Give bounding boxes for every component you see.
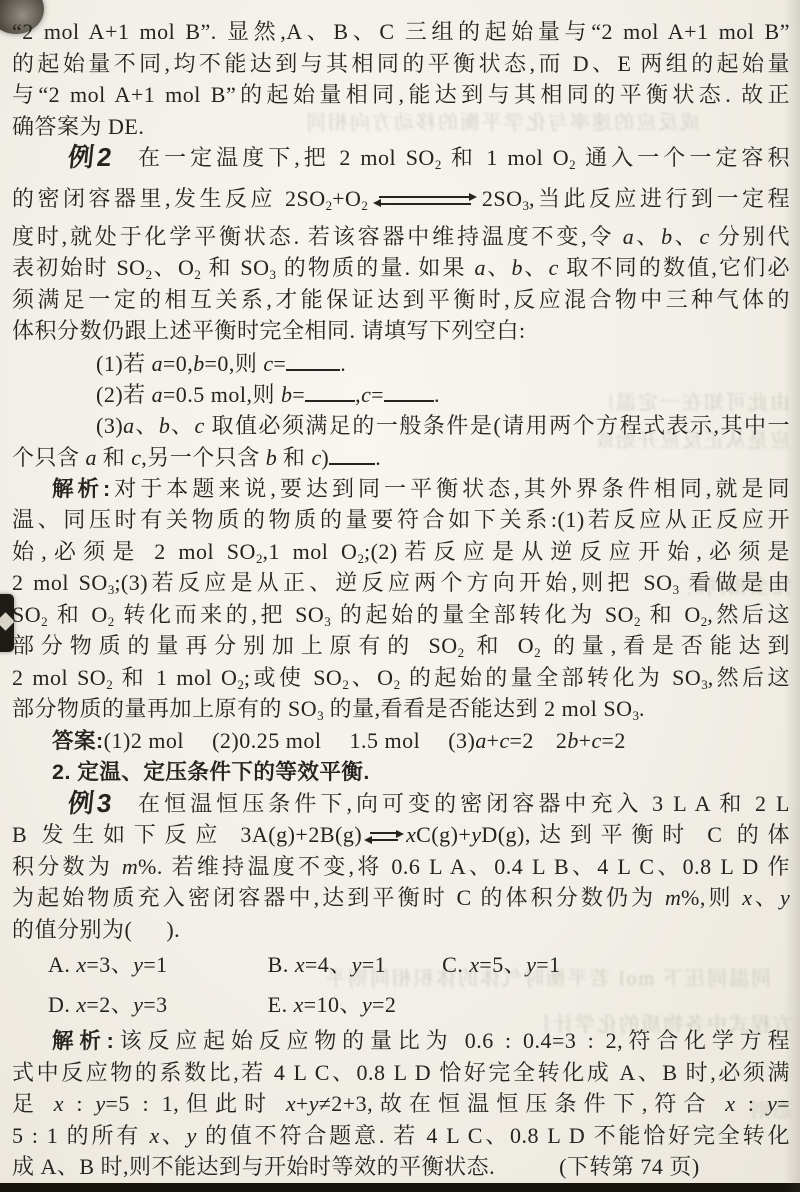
equilibrium-arrow-with-catalyst: 催化剂 [370, 174, 480, 221]
text-segment: b [193, 351, 204, 376]
text-segment: x [469, 952, 479, 977]
text-segment: x [725, 1091, 735, 1116]
text-segment: c [361, 382, 371, 407]
text-segment: 2 [534, 645, 541, 660]
text-segment: 2 [357, 551, 364, 566]
text-line-27: 积分数为 m%. 若维持温度不变,将 0.6 L A、0.4 L B、4 L C… [12, 851, 790, 883]
text-segment: 2 [106, 677, 113, 692]
text-line-14: 个只含 a 和 c,另一个只含 b 和 c). [12, 441, 790, 473]
text-segment: y [352, 952, 362, 977]
text-line-8: 表初始时 SO2、O2 和 SO3 的物质的量. 如果 a、b、c 取不同的数值… [12, 252, 790, 284]
text-segment: 2 [146, 267, 153, 282]
text-segment: c [263, 351, 273, 376]
text-segment: 2 [326, 198, 333, 213]
text-line-31: D. x=2、y=3E. x=10、y=2 [12, 985, 790, 1025]
text-line-30: A. x=3、y=1B. x=4、y=1C. x=5、y=1 [12, 945, 790, 985]
text-segment: y [362, 992, 372, 1017]
blank-underline [286, 347, 340, 371]
text-line-22: 部分物质的量再加上原有的 SO3 的量,看看是否能达到 2 mol SO3. [12, 693, 790, 725]
text-line-9: 须满足一定的相互关系,才能保证达到平衡时,反应混合物中三种气体的 [12, 284, 790, 316]
text-segment: 2 [634, 614, 641, 629]
text-line-1: “2 mol A+1 mol B”. 显然,A、B、C 三组的起始量与“2 mo… [12, 16, 790, 48]
text-segment: y [309, 1091, 319, 1116]
text-segment: b [266, 445, 277, 470]
blank-underline [384, 378, 434, 402]
text-line-5: 例2在一定温度下,把 2 mol SO2 和 1 mol O2 通入一个一定容积 [12, 142, 790, 174]
text-segment: 2 [237, 677, 244, 692]
text-line-21: 2 mol SO2 和 1 mol O2;或使 SO2、O2 的起始的量全部转化… [12, 662, 790, 694]
text-segment: c [499, 728, 509, 753]
text-segment: x [76, 992, 86, 1017]
book-page: 成反应的速率与化学平衡的移动方向相同 由此可知在一定温度下反应达到 应是从正反应… [0, 0, 800, 1192]
text-segment: 3 [317, 708, 324, 723]
text-segment: 2 [361, 198, 368, 213]
equilibrium-arrow [364, 830, 404, 843]
text-line-25: 例3在恒温恒压条件下,向可变的密闭容器中充入 3 L A 和 2 L [12, 788, 790, 820]
text-segment: x [286, 1091, 296, 1116]
text-segment: a [152, 351, 163, 376]
text-segment: a [123, 413, 134, 438]
example-label: 例3 [66, 788, 116, 820]
text-segment: b [567, 728, 578, 753]
text-segment: 2 [41, 614, 48, 629]
text-line-26: B 发生如下反应 3A(g)+2B(g)xC(g)+yD(g),达到平衡时 C … [12, 819, 790, 851]
scan-artifact-bottom-bar [0, 1183, 800, 1192]
text-segment: y [526, 952, 536, 977]
text-segment: x [406, 822, 416, 847]
bold-text: 解析: [52, 1029, 114, 1053]
text-line-24: 2. 定温、定压条件下的等效平衡. [12, 756, 790, 788]
blank-underline [305, 378, 355, 402]
text-line-18: 2 mol SO3;(3)若反应是从正、逆反应两个方向开始,则把 SO3 看做是… [12, 567, 790, 599]
text-segment: a [474, 255, 485, 280]
text-segment: a [623, 224, 634, 249]
text-line-28: 为起始物质充入密闭容器中,达到平衡时 C 的体积分数仍为 m%,则 x、y [12, 882, 790, 914]
text-segment: 3 [523, 198, 530, 213]
text-segment: 3 [673, 582, 680, 597]
text-segment: x [742, 885, 752, 910]
text-segment: 2 [342, 677, 349, 692]
text-line-23: 答案:(1)2 mol(2)0.25 mol1.5 mol(3)a+c=22b+… [12, 725, 790, 757]
text-segment: 2 [569, 157, 576, 172]
text-segment: x [150, 1123, 160, 1148]
text-segment: 3 [108, 582, 115, 597]
text-segment: x [76, 952, 86, 977]
text-segment: 2 [108, 614, 115, 629]
text-line-16: 温、同压时有关物质的物质的量要符合如下关系:(1)若反应从正反应开 [12, 504, 790, 536]
text-segment: a [86, 445, 97, 470]
text-segment: a [475, 728, 486, 753]
text-segment: a [152, 382, 163, 407]
text-segment: 2 [256, 551, 263, 566]
text-segment: b [281, 382, 292, 407]
text-segment: m [122, 854, 138, 879]
text-line-17: 始,必须是 2 mol SO2,1 mol O2;(2)若反应是从逆反应开始,必… [12, 536, 790, 568]
text-segment: y [187, 1123, 197, 1148]
text-segment: x [295, 952, 305, 977]
text-line-6: 的密闭容器里,发生反应 2SO2+O2催化剂2SO3,当此反应进行到一定程 [12, 174, 790, 221]
text-segment: 2 [458, 645, 465, 660]
text-line-19: SO2 和 O2 转化而来的,把 SO3 的起始的量全部转化为 SO2 和 O2… [12, 599, 790, 631]
text-segment: c [131, 445, 141, 470]
bold-text: 2. 定温、定压条件下的等效平衡. [52, 760, 370, 784]
text-segment: c [311, 445, 321, 470]
text-segment: 3 [324, 614, 331, 629]
text-segment: 3 [701, 677, 708, 692]
text-segment: b [159, 413, 170, 438]
example-label: 例2 [66, 142, 116, 174]
text-segment: y [96, 1091, 106, 1116]
bold-text: 答案: [52, 729, 104, 753]
text-line-29: 的值分别为(). [12, 914, 790, 946]
text-segment: 2 [394, 677, 401, 692]
bold-text: 解析: [52, 477, 111, 501]
text-segment: x [54, 1091, 64, 1116]
text-line-33: 式中反应物的系数比,若 4 L C、0.8 L D 恰好完全转化成 A、B 时,… [12, 1057, 790, 1089]
text-segment: c [699, 224, 709, 249]
text-segment: 3 [632, 708, 639, 723]
text-segment: m [665, 885, 681, 910]
text-segment: 2 [194, 267, 201, 282]
text-line-15: 解析:对于本题来说,要达到同一平衡状态,其外界条件相同,就是同 [12, 473, 790, 505]
text-segment: y [133, 992, 143, 1017]
text-segment: b [512, 255, 523, 280]
text-line-2: 的起始量不同,均不能达到与其相同的平衡状态,而 D、E 两组的起始量 [12, 48, 790, 80]
text-segment: 2 [435, 157, 442, 172]
page-text: “2 mol A+1 mol B”. 显然,A、B、C 三组的起始量与“2 mo… [12, 16, 790, 1183]
text-segment: x [294, 992, 304, 1017]
text-line-35: 5 : 1 的所有 x、y 的值不符合题意. 若 4 L C、0.8 L D 不… [12, 1120, 790, 1152]
blank-underline [329, 441, 375, 465]
text-line-3: 与“2 mol A+1 mol B”的起始量相同,能达到与其相同的平衡状态. 故… [12, 79, 790, 111]
text-segment: 3 [270, 267, 277, 282]
text-line-12: (2)若 a=0.5 mol,则 b=,c=. [12, 378, 790, 410]
text-segment: c [195, 413, 205, 438]
text-segment: c [591, 728, 601, 753]
text-segment: y [471, 822, 481, 847]
text-segment: 2 [701, 614, 708, 629]
text-segment: y [133, 952, 143, 977]
text-segment: c [549, 255, 559, 280]
text-line-32: 解析:该反应起始反应物的量比为 0.6 : 0.4=3 : 2,符合化学方程 [12, 1025, 790, 1057]
text-segment: y [780, 885, 790, 910]
text-line-10: 体积分数仍跟上述平衡时完全相同. 请填写下列空白: [12, 315, 790, 347]
text-line-11: (1)若 a=0,b=0,则 c=. [12, 347, 790, 379]
text-line-36: 成 A、B 时,则不能达到与开始时等效的平衡状态.(下转第 74 页) [12, 1151, 790, 1183]
equilibrium-arrow [373, 194, 477, 207]
text-line-20: 部分物质的量再分别加上原有的 SO2 和 O2 的量,看是否能达到 [12, 630, 790, 662]
text-line-34: 足 x : y=5 : 1,但此时 x+y≠2+3,故在恒温恒压条件下,符合 x… [12, 1088, 790, 1120]
text-segment: b [661, 224, 672, 249]
text-line-7: 度时,就处于化学平衡状态. 若该容器中维持温度不变,令 a、b、c 分别代 [12, 221, 790, 253]
text-line-4: 确答案为 DE. [12, 111, 790, 143]
text-segment: y [767, 1091, 777, 1116]
text-line-13: (3)a、b、c 取值必须满足的一般条件是(请用两个方程式表示,其中一 [12, 410, 790, 442]
